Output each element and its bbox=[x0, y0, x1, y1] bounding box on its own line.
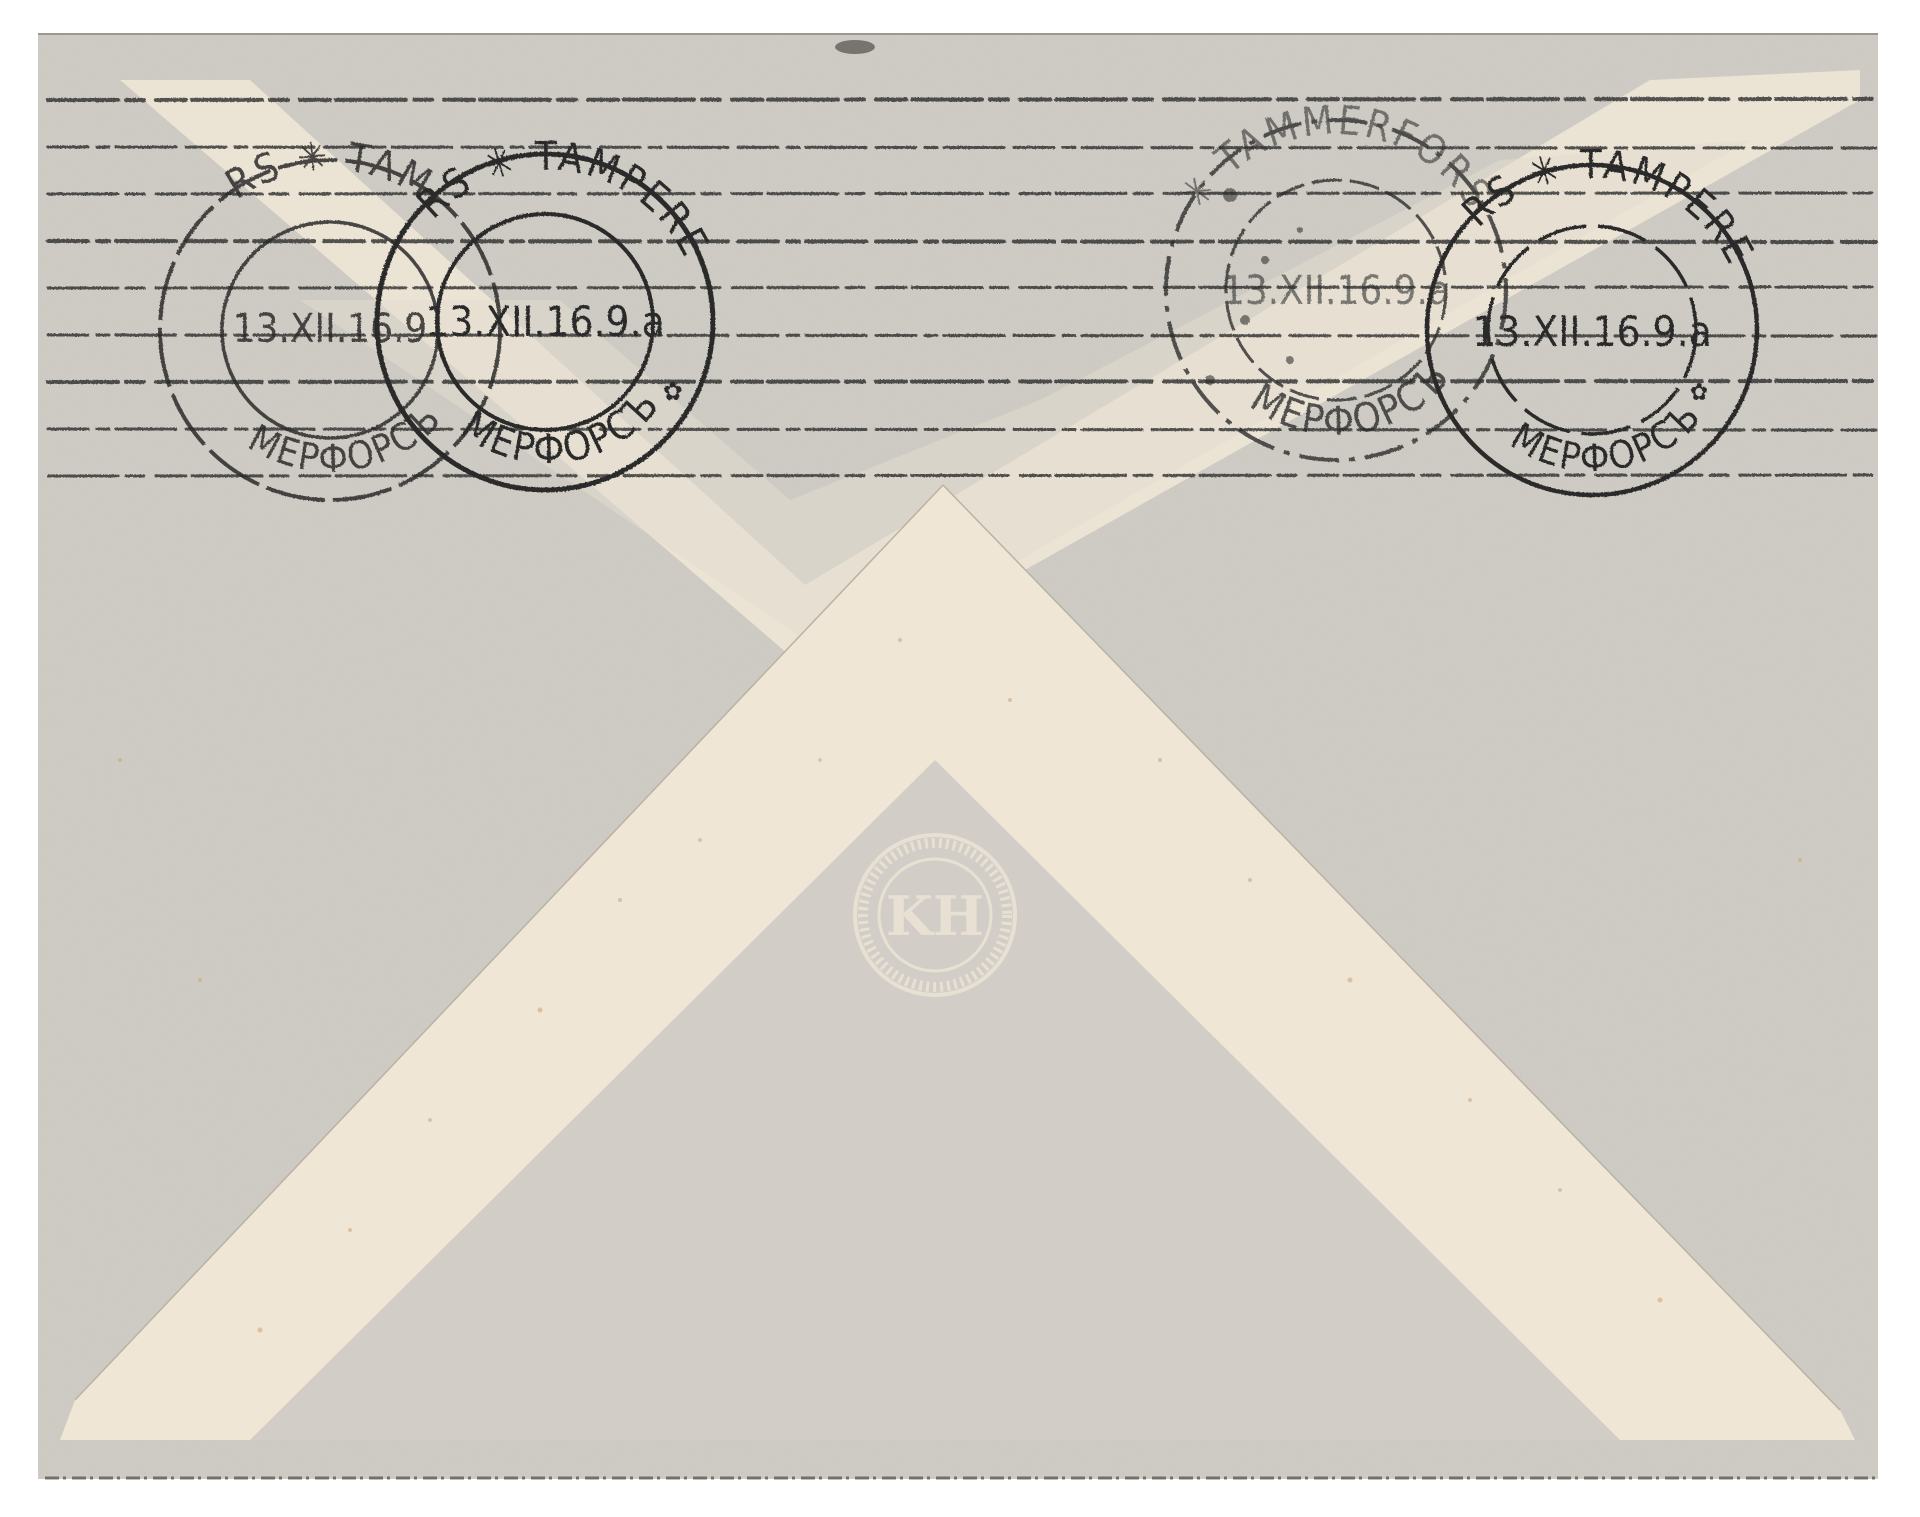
postmark-1-date: 13.XII.16.9 bbox=[233, 306, 428, 352]
postmark-3-date: 13.XII.16.9.a bbox=[1222, 268, 1450, 314]
cancel-line bbox=[48, 287, 1876, 288]
ink-spot bbox=[835, 40, 875, 54]
cancel-line bbox=[48, 193, 1876, 194]
cancel-line bbox=[48, 99, 1876, 100]
embossed-seal: KH bbox=[855, 835, 1015, 995]
cancel-line bbox=[48, 241, 1876, 242]
envelope-scene: KH RS ✳ TAM 13.XII.16.9 МЕРФОРСЪ RS ✳ TA… bbox=[0, 0, 1920, 1517]
star-ornament-icon: ✿ bbox=[663, 377, 683, 407]
postmark-2-date: 13.XII.16.9.a bbox=[425, 297, 664, 346]
cancel-line bbox=[48, 381, 1876, 382]
postmark-4-date: 13.XII.16.9.a bbox=[1472, 307, 1711, 356]
seal-monogram: KH bbox=[886, 884, 984, 948]
star-ornament-icon: ✿ bbox=[1690, 378, 1708, 406]
